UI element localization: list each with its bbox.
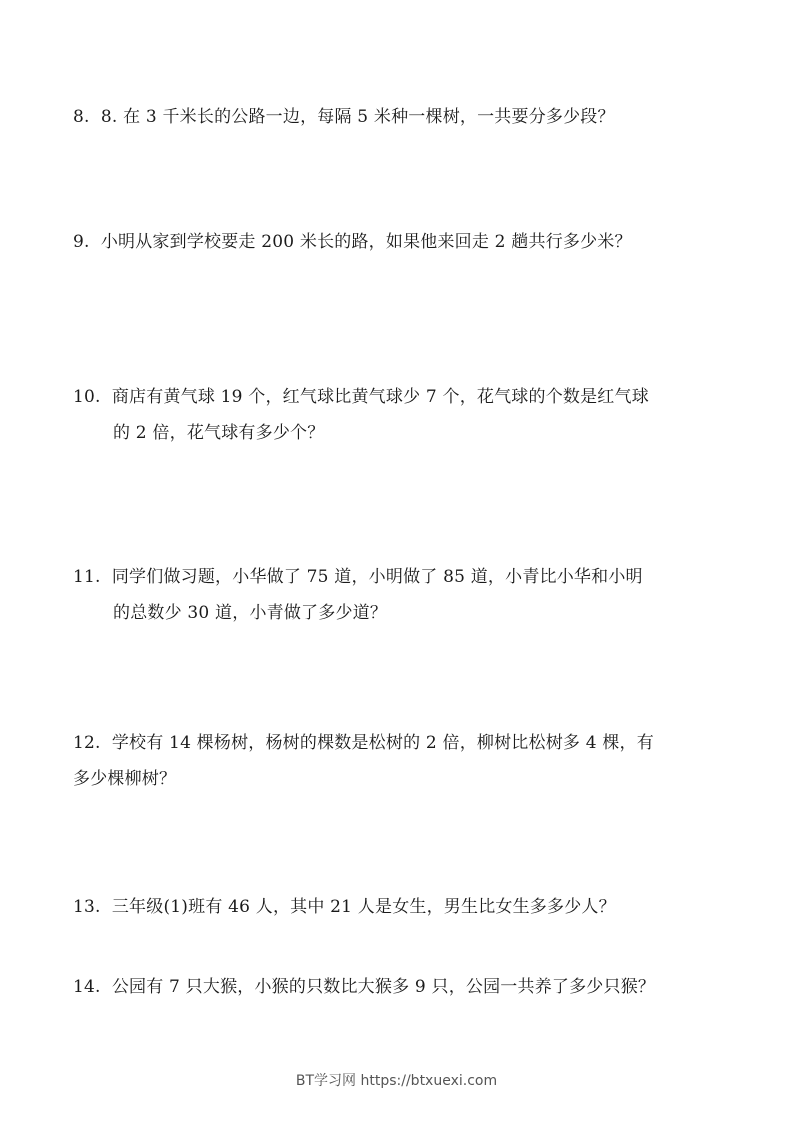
question-text: 在 3 千米长的公路一边，每隔 5 米种一棵树，一共要分多少段？ (123, 107, 615, 127)
question-9: 9. 小明从家到学校要走 200 米长的路，如果他来回走 2 趟共行多少米？ (73, 224, 733, 260)
question-10: 10. 商店有黄气球 19 个，红气球比黄气球少 7 个，花气球的个数是红气球 … (73, 379, 733, 451)
question-number: 8. 8. (73, 99, 123, 135)
question-14: 14. 公园有 7 只大猴，小猴的只数比大猴多 9 只，公园一共养了多少只猴？ (73, 969, 733, 1005)
question-number: 9. (73, 224, 101, 260)
question-number: 10. (73, 379, 112, 415)
question-number: 14. (73, 969, 112, 1005)
question-text: 公园有 7 只大猴，小猴的只数比大猴多 9 只，公园一共养了多少只猴？ (112, 977, 655, 997)
question-13: 13. 三年级(1)班有 46 人，其中 21 人是女生，男生比女生多多少人？ (73, 889, 733, 925)
question-line: 10. 商店有黄气球 19 个，红气球比黄气球少 7 个，花气球的个数是红气球 (73, 379, 733, 415)
question-number: 11. (73, 559, 112, 595)
question-line: 12. 学校有 14 棵杨树，杨树的棵数是松树的 2 倍，柳树比松树多 4 棵，… (73, 725, 733, 761)
question-line: 14. 公园有 7 只大猴，小猴的只数比大猴多 9 只，公园一共养了多少只猴？ (73, 969, 733, 1005)
question-number: 12. (73, 725, 112, 761)
question-text-continuation: 的 2 倍，花气球有多少个？ (73, 415, 733, 451)
question-line: 13. 三年级(1)班有 46 人，其中 21 人是女生，男生比女生多多少人？ (73, 889, 733, 925)
question-text-continuation: 的总数少 30 道，小青做了多少道？ (73, 595, 733, 631)
question-line: 11. 同学们做习题，小华做了 75 道，小明做了 85 道，小青比小华和小明 (73, 559, 733, 595)
question-line: 8. 8. 在 3 千米长的公路一边，每隔 5 米种一棵树，一共要分多少段？ (73, 99, 733, 135)
question-number: 13. (73, 889, 112, 925)
question-text: 商店有黄气球 19 个，红气球比黄气球少 7 个，花气球的个数是红气球 (112, 387, 649, 407)
question-8: 8. 8. 在 3 千米长的公路一边，每隔 5 米种一棵树，一共要分多少段？ (73, 99, 733, 135)
question-text: 学校有 14 棵杨树，杨树的棵数是松树的 2 倍，柳树比松树多 4 棵，有 (112, 733, 654, 753)
question-text: 小明从家到学校要走 200 米长的路，如果他来回走 2 趟共行多少米？ (101, 232, 632, 252)
question-text-continuation: 多少棵柳树？ (73, 761, 733, 797)
footer-watermark: BT学习网 https://btxuexi.com (0, 1070, 793, 1090)
question-text: 同学们做习题，小华做了 75 道，小明做了 85 道，小青比小华和小明 (112, 567, 643, 587)
question-line: 9. 小明从家到学校要走 200 米长的路，如果他来回走 2 趟共行多少米？ (73, 224, 733, 260)
question-12: 12. 学校有 14 棵杨树，杨树的棵数是松树的 2 倍，柳树比松树多 4 棵，… (73, 725, 733, 797)
question-text: 三年级(1)班有 46 人，其中 21 人是女生，男生比女生多多少人？ (112, 897, 616, 917)
question-11: 11. 同学们做习题，小华做了 75 道，小明做了 85 道，小青比小华和小明 … (73, 559, 733, 631)
